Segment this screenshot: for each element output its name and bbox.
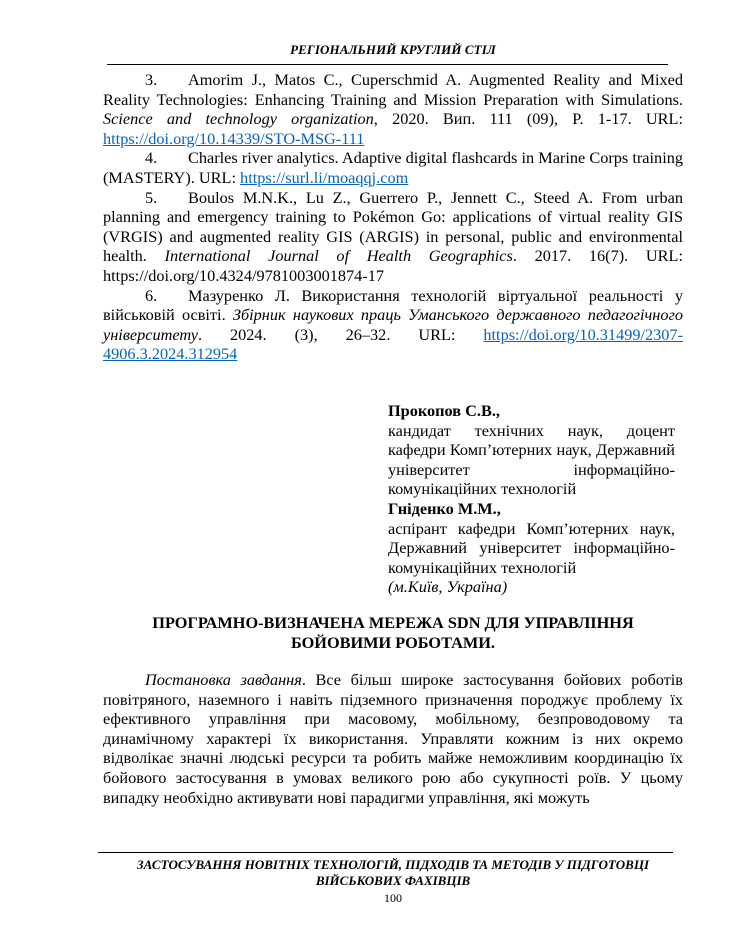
intro-text: . Все більш широке застосування бойових … [103,670,683,807]
reference-link[interactable]: https://doi.org/10.14339/STO-MSG-111 [103,129,364,148]
running-header: РЕГІОНАЛЬНИЙ КРУГЛИЙ СТІЛ [103,42,683,58]
reference-text: Amorim J., Matos C., Cuperschmid A. Augm… [103,70,683,109]
reference-number: 6. [145,286,188,306]
running-footer: ЗАСТОСУВАННЯ НОВІТНІХ ТЕХНОЛОГІЙ, ПІДХОД… [103,857,683,889]
reference-item: 3.Amorim J., Matos C., Cuperschmid A. Au… [103,70,683,148]
header-rule [107,64,668,65]
reference-number: 3. [145,70,188,90]
author-name: Прокопов С.В., [388,401,675,421]
document-page: РЕГІОНАЛЬНИЙ КРУГЛИЙ СТІЛ 3.Amorim J., M… [0,0,732,948]
page-number: 100 [103,891,683,906]
reference-details: , 2020. Вип. 111 (09), P. 1-17. URL: [374,109,683,128]
reference-item: 6.Мазуренко Л. Використання технологій в… [103,286,683,364]
reference-link[interactable]: https://surl.li/moaqqj.com [240,168,408,187]
article-body: Постановка завдання. Все більш широке за… [103,670,683,807]
reference-source: Science and technology organization [103,109,374,128]
author-affiliation: аспірант кафедри Комп’ютерних наук, Держ… [388,519,675,578]
reference-item: 4.Charles river analytics. Adaptive digi… [103,148,683,187]
intro-label: Постановка завдання [145,670,302,689]
intro-paragraph: Постановка завдання. Все більш широке за… [103,670,683,807]
author-block: Прокопов С.В., кандидат технічних наук, … [388,401,675,597]
author-location: (м.Київ, Україна) [388,577,675,597]
article-title: ПРОГРАМНО-ВИЗНАЧЕНА МЕРЕЖА SDN ДЛЯ УПРАВ… [103,613,683,652]
reference-source: International Journal of Health Geograph… [165,246,513,265]
reference-list: 3.Amorim J., Matos C., Cuperschmid A. Au… [103,70,683,364]
reference-number: 4. [145,148,188,168]
reference-number: 5. [145,188,188,208]
footer-rule [98,852,673,853]
reference-item: 5.Boulos M.N.K., Lu Z., Guerrero P., Jen… [103,188,683,286]
reference-details: . 2024. (3), 26–32. URL: [198,325,483,344]
author-affiliation: кандидат технічних наук, доцент кафедри … [388,421,675,499]
author-name: Гніденко М.М., [388,499,675,519]
